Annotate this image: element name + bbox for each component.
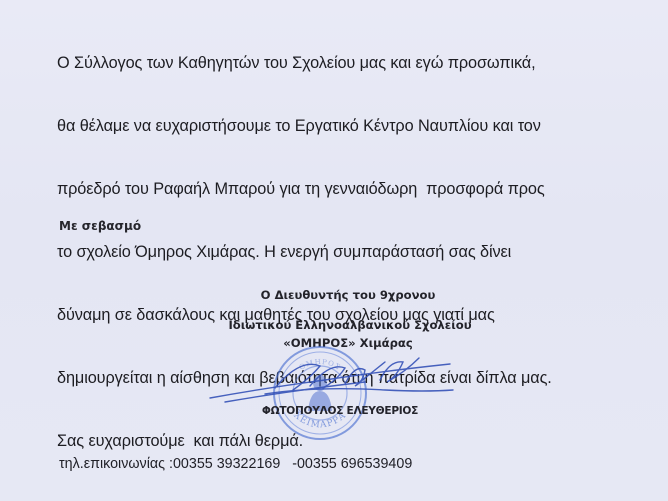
school-name: Ιδιωτικού Ελληνοαλβανικού Σχολείου <box>215 318 485 332</box>
body-line: πρόεδρό του Ραφαήλ Μπαρού για τη γενναιό… <box>57 179 657 200</box>
body-line: Ο Σύλλογος των Καθηγητών του Σχολείου μα… <box>57 53 657 74</box>
contact-phones: τηλ.επικοινωνίας :00355 39322169 -00355 … <box>59 456 412 472</box>
body-line: θα θέλαμε να ευχαριστήσουμε το Εργατικό … <box>57 116 657 137</box>
body-line: το σχολείο Όμηρος Χιμάρας. Η ενεργή συμπ… <box>57 242 657 263</box>
handwritten-signature <box>205 350 455 410</box>
signer-title: Ο Διευθυντής του 9χρονου <box>230 288 466 302</box>
closing-salutation: Με σεβασμό <box>59 219 141 233</box>
signer-name: ΦΩΤΟΠΟΥΛΟΣ ΕΛΕΥΘΕΡΙΟΣ <box>240 405 440 417</box>
